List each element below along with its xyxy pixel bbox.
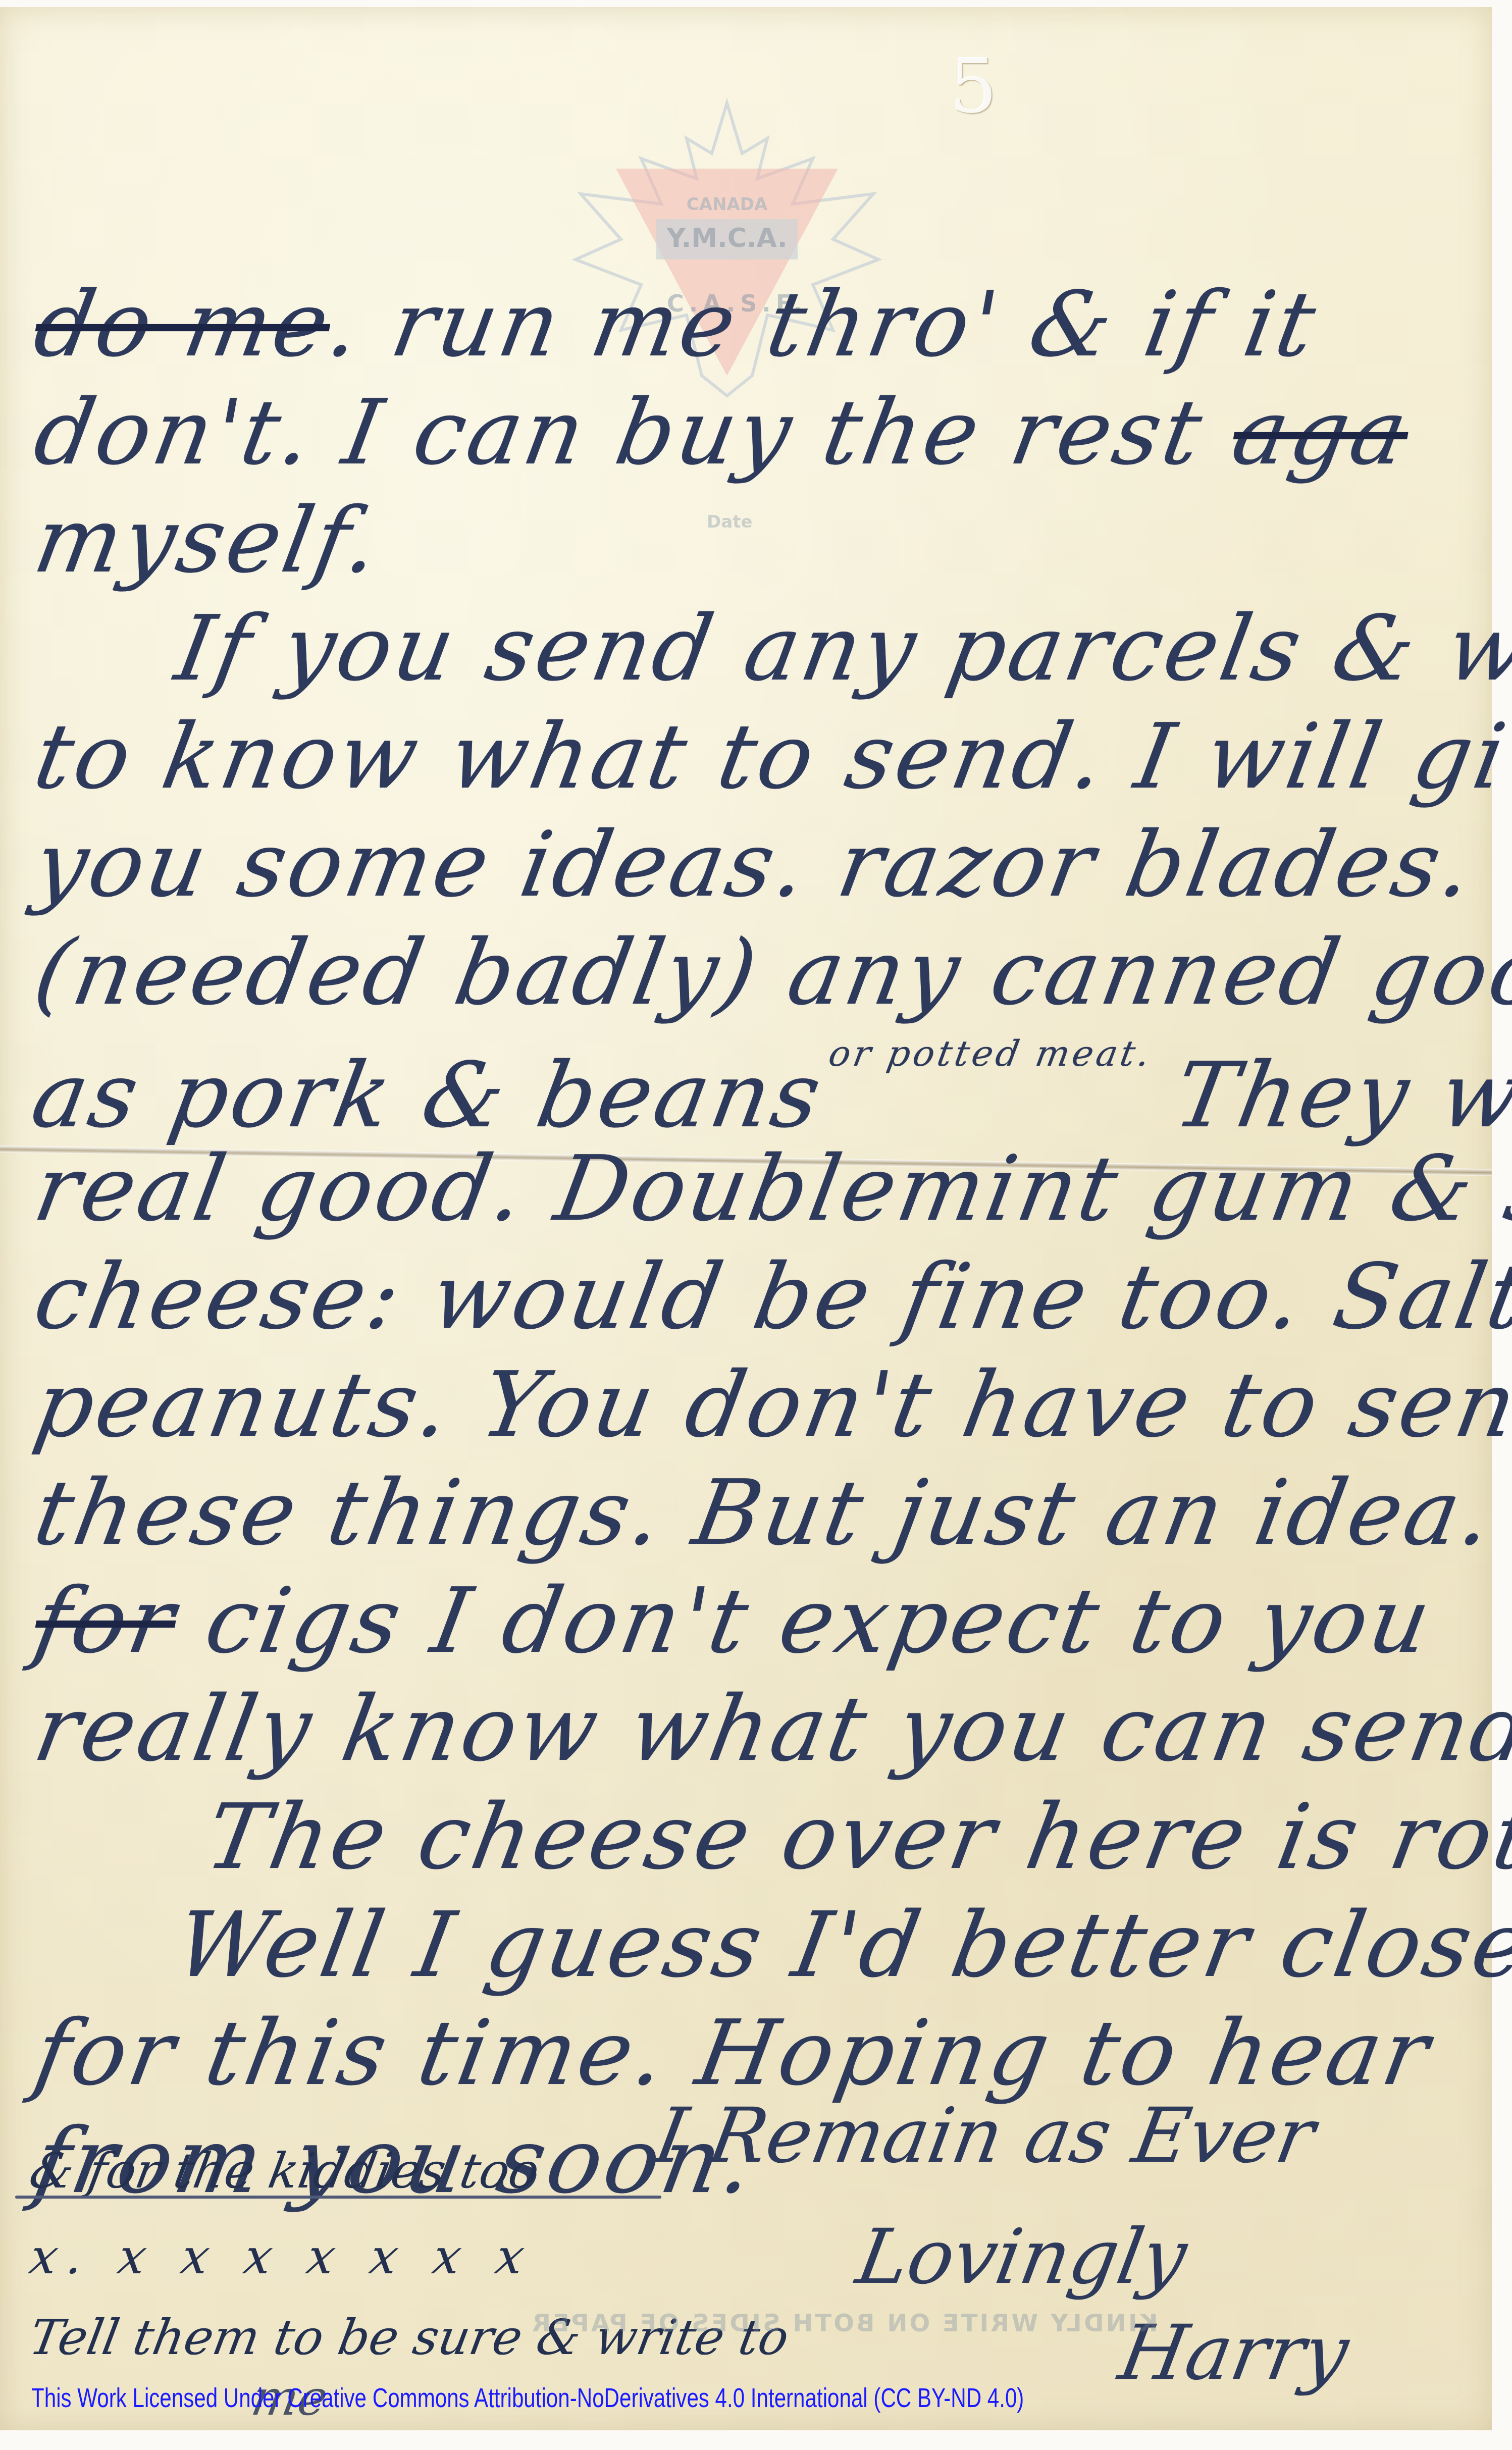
- body-line-15: The cheese over here is rotten.: [25, 1792, 1498, 1900]
- body-line-10: cheese: would be fine too. Salted: [25, 1252, 1498, 1360]
- body-line-14: really know what you can send.: [25, 1684, 1498, 1792]
- body-line-7: (needed badly) any canned goods such: [25, 928, 1498, 1036]
- body-line-8: as pork & beansor potted meat. They woul…: [25, 1036, 1498, 1144]
- closing-lovingly: Lovingly: [851, 2213, 1193, 2301]
- embossed-page-number: 5: [949, 42, 997, 130]
- stationery-footer-showthrough: KINDLY WRITE ON BOTH SIDES OF PAPER: [530, 2309, 1158, 2337]
- postscript-underline: [15, 2196, 661, 2199]
- postscript-kisses: x. x x x x x x x: [25, 2228, 539, 2285]
- body-line-16: Well I guess I'd better close: [25, 1900, 1498, 2008]
- body-line-2: don't. I can buy the rest aga: [25, 388, 1498, 496]
- body-line-5: to know what to send. I will give: [25, 712, 1498, 820]
- body-line-3: myself.: [25, 496, 1498, 604]
- postscript-kiddies: & for the kiddies too: [25, 2143, 543, 2199]
- letter-body: do me. run me thro' & if it don't. I can…: [25, 280, 1479, 2224]
- body-line-12: these things. But just an idea.: [25, 1468, 1498, 1576]
- closing-remain-as-ever: I Remain as Ever: [649, 2092, 1321, 2180]
- inserted-note: or potted meat.: [825, 1033, 1156, 1074]
- body-line-9: real good. Doublemint gum & some: [25, 1144, 1498, 1252]
- body-line-6: you some ideas. razor blades.: [25, 820, 1498, 928]
- svg-text:Y.M.C.A.: Y.M.C.A.: [666, 223, 787, 253]
- body-line-4: If you send any parcels & want: [25, 604, 1498, 712]
- body-line-13: for cigs I don't expect to you: [25, 1576, 1498, 1684]
- body-line-1: do me. run me thro' & if it: [25, 280, 1498, 388]
- svg-text:CANADA: CANADA: [687, 194, 768, 215]
- license-notice: This Work Licensed Under Creative Common…: [31, 2382, 1024, 2414]
- body-line-11: peanuts. You don't have to send: [25, 1360, 1498, 1468]
- letter-page: 5 CANADA Y.M.C.A. C.A.S.F. Date do me. r…: [0, 7, 1492, 2430]
